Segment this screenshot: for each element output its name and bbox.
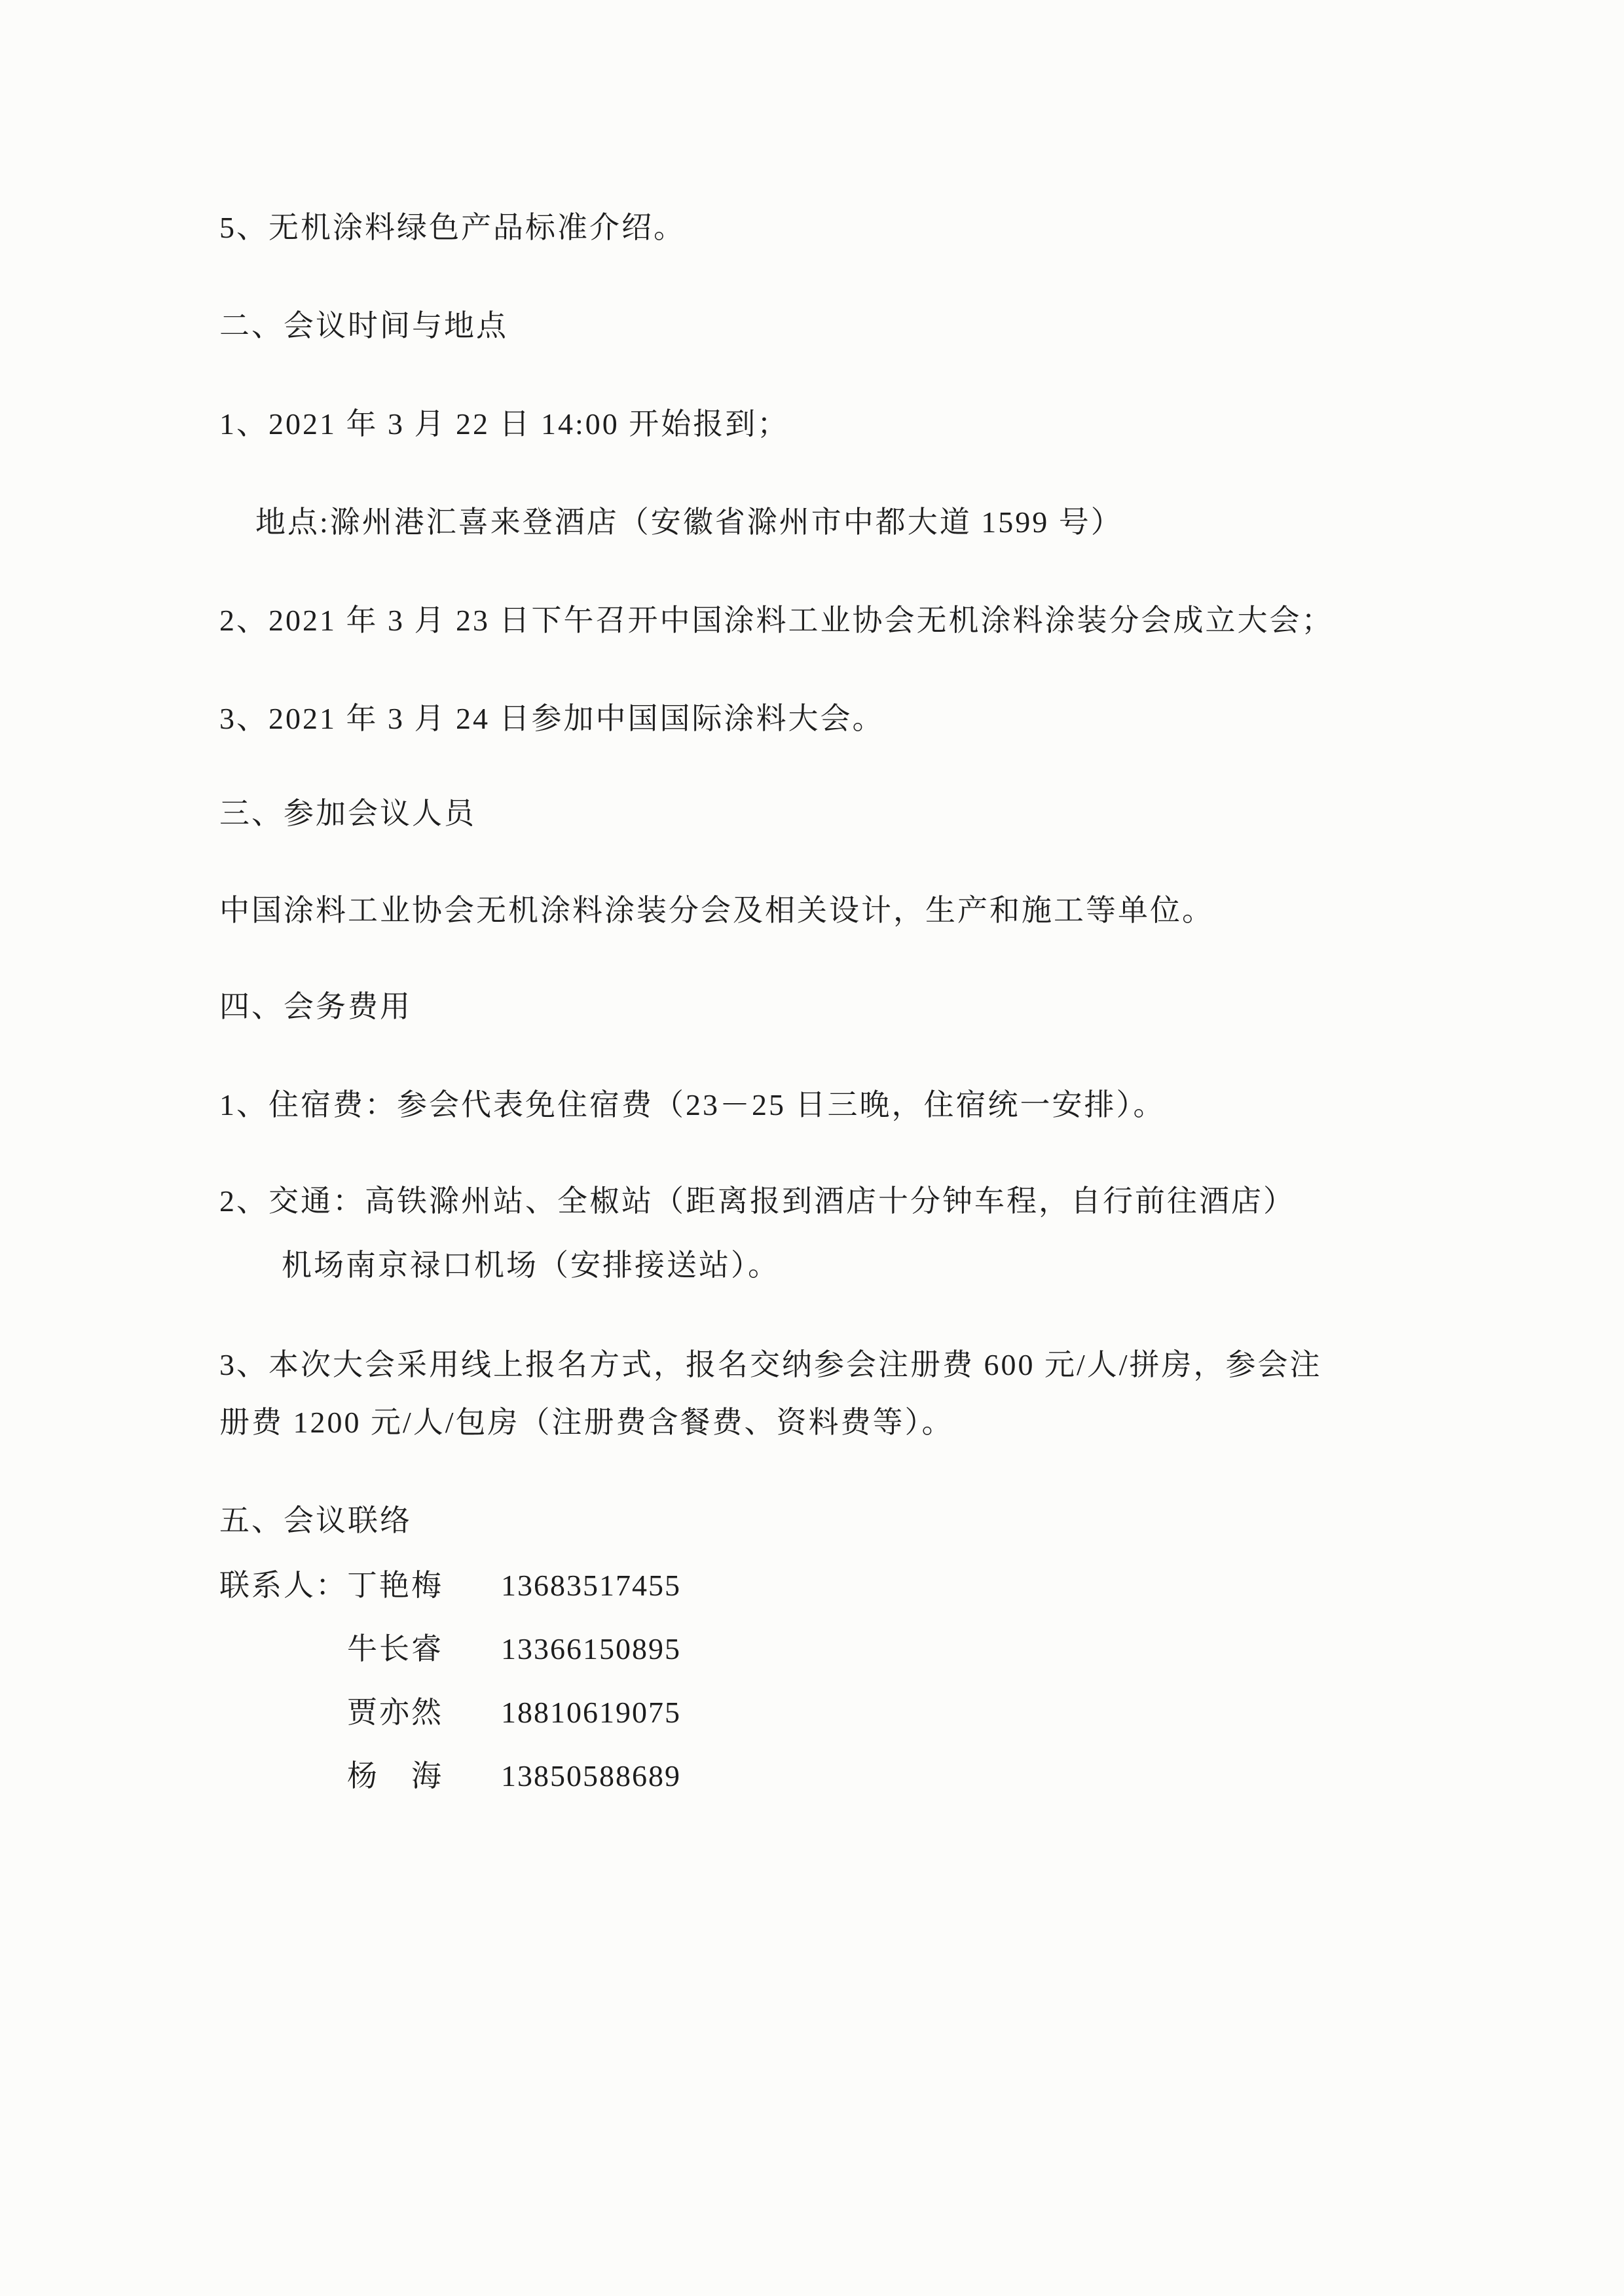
line-registration-time: 1、2021 年 3 月 22 日 14:00 开始报到； [219, 408, 789, 441]
line-venue-address: 地点:滁州港汇喜来登酒店（安徽省滁州市中都大道 1599 号） [255, 506, 1123, 539]
contact-row: 牛长睿 13366150895 [219, 1633, 1136, 1667]
contact-row: 贾亦然 18810619075 [219, 1696, 1136, 1730]
line-intl-coatings-conference: 3、2021 年 3 月 24 日参加中国国际涂料大会。 [219, 702, 885, 735]
heading-section-3-participants: 三、参加会议人员 [219, 797, 476, 830]
contact-name: 贾亦然 [347, 1696, 443, 1729]
line-registration-fee-2: 册费 1200 元/人/包房（注册费含餐费、资料费等）。 [219, 1406, 954, 1439]
list-item-5-topic: 5、无机涂料绿色产品标准介绍。 [219, 211, 686, 244]
contact-row: 杨 海 13850588689 [219, 1760, 1136, 1794]
contact-phone: 13366150895 [501, 1633, 681, 1666]
line-transport-airport: 机场南京禄口机场（安排接送站）。 [282, 1249, 780, 1282]
document-page: 5、无机涂料绿色产品标准介绍。 二、会议时间与地点 1、2021 年 3 月 2… [0, 0, 1624, 2296]
contact-name: 杨 海 [347, 1760, 443, 1793]
line-transport-stations: 2、交通：高铁滁州站、全椒站（距离报到酒店十分钟车程，自行前往酒店） [219, 1185, 1295, 1218]
contact-phone: 18810619075 [501, 1696, 681, 1729]
contact-phone: 13850588689 [501, 1760, 681, 1793]
contact-label: 联系人： [219, 1569, 348, 1602]
contact-name: 丁艳梅 [347, 1569, 443, 1602]
line-registration-fee-1: 3、本次大会采用线上报名方式，报名交纳参会注册费 600 元/人/拼房，参会注 [219, 1349, 1322, 1381]
contact-phone: 13683517455 [501, 1569, 681, 1602]
contact-name: 牛长睿 [347, 1633, 443, 1666]
contact-row: 联系人： 丁艳梅 13683517455 [219, 1569, 1136, 1603]
heading-section-4-fees: 四、会务费用 [219, 991, 412, 1023]
line-accommodation-fee: 1、住宿费：参会代表免住宿费（23－25 日三晚，住宿统一安排）。 [219, 1089, 1166, 1121]
line-participants: 中国涂料工业协会无机涂料涂装分会及相关设计，生产和施工等单位。 [219, 894, 1214, 927]
heading-section-5-contact: 五、会议联络 [219, 1504, 412, 1537]
heading-section-2-time-location: 二、会议时间与地点 [219, 310, 508, 342]
line-founding-meeting: 2、2021 年 3 月 23 日下午召开中国涂料工业协会无机涂料涂装分会成立大… [219, 604, 1334, 637]
